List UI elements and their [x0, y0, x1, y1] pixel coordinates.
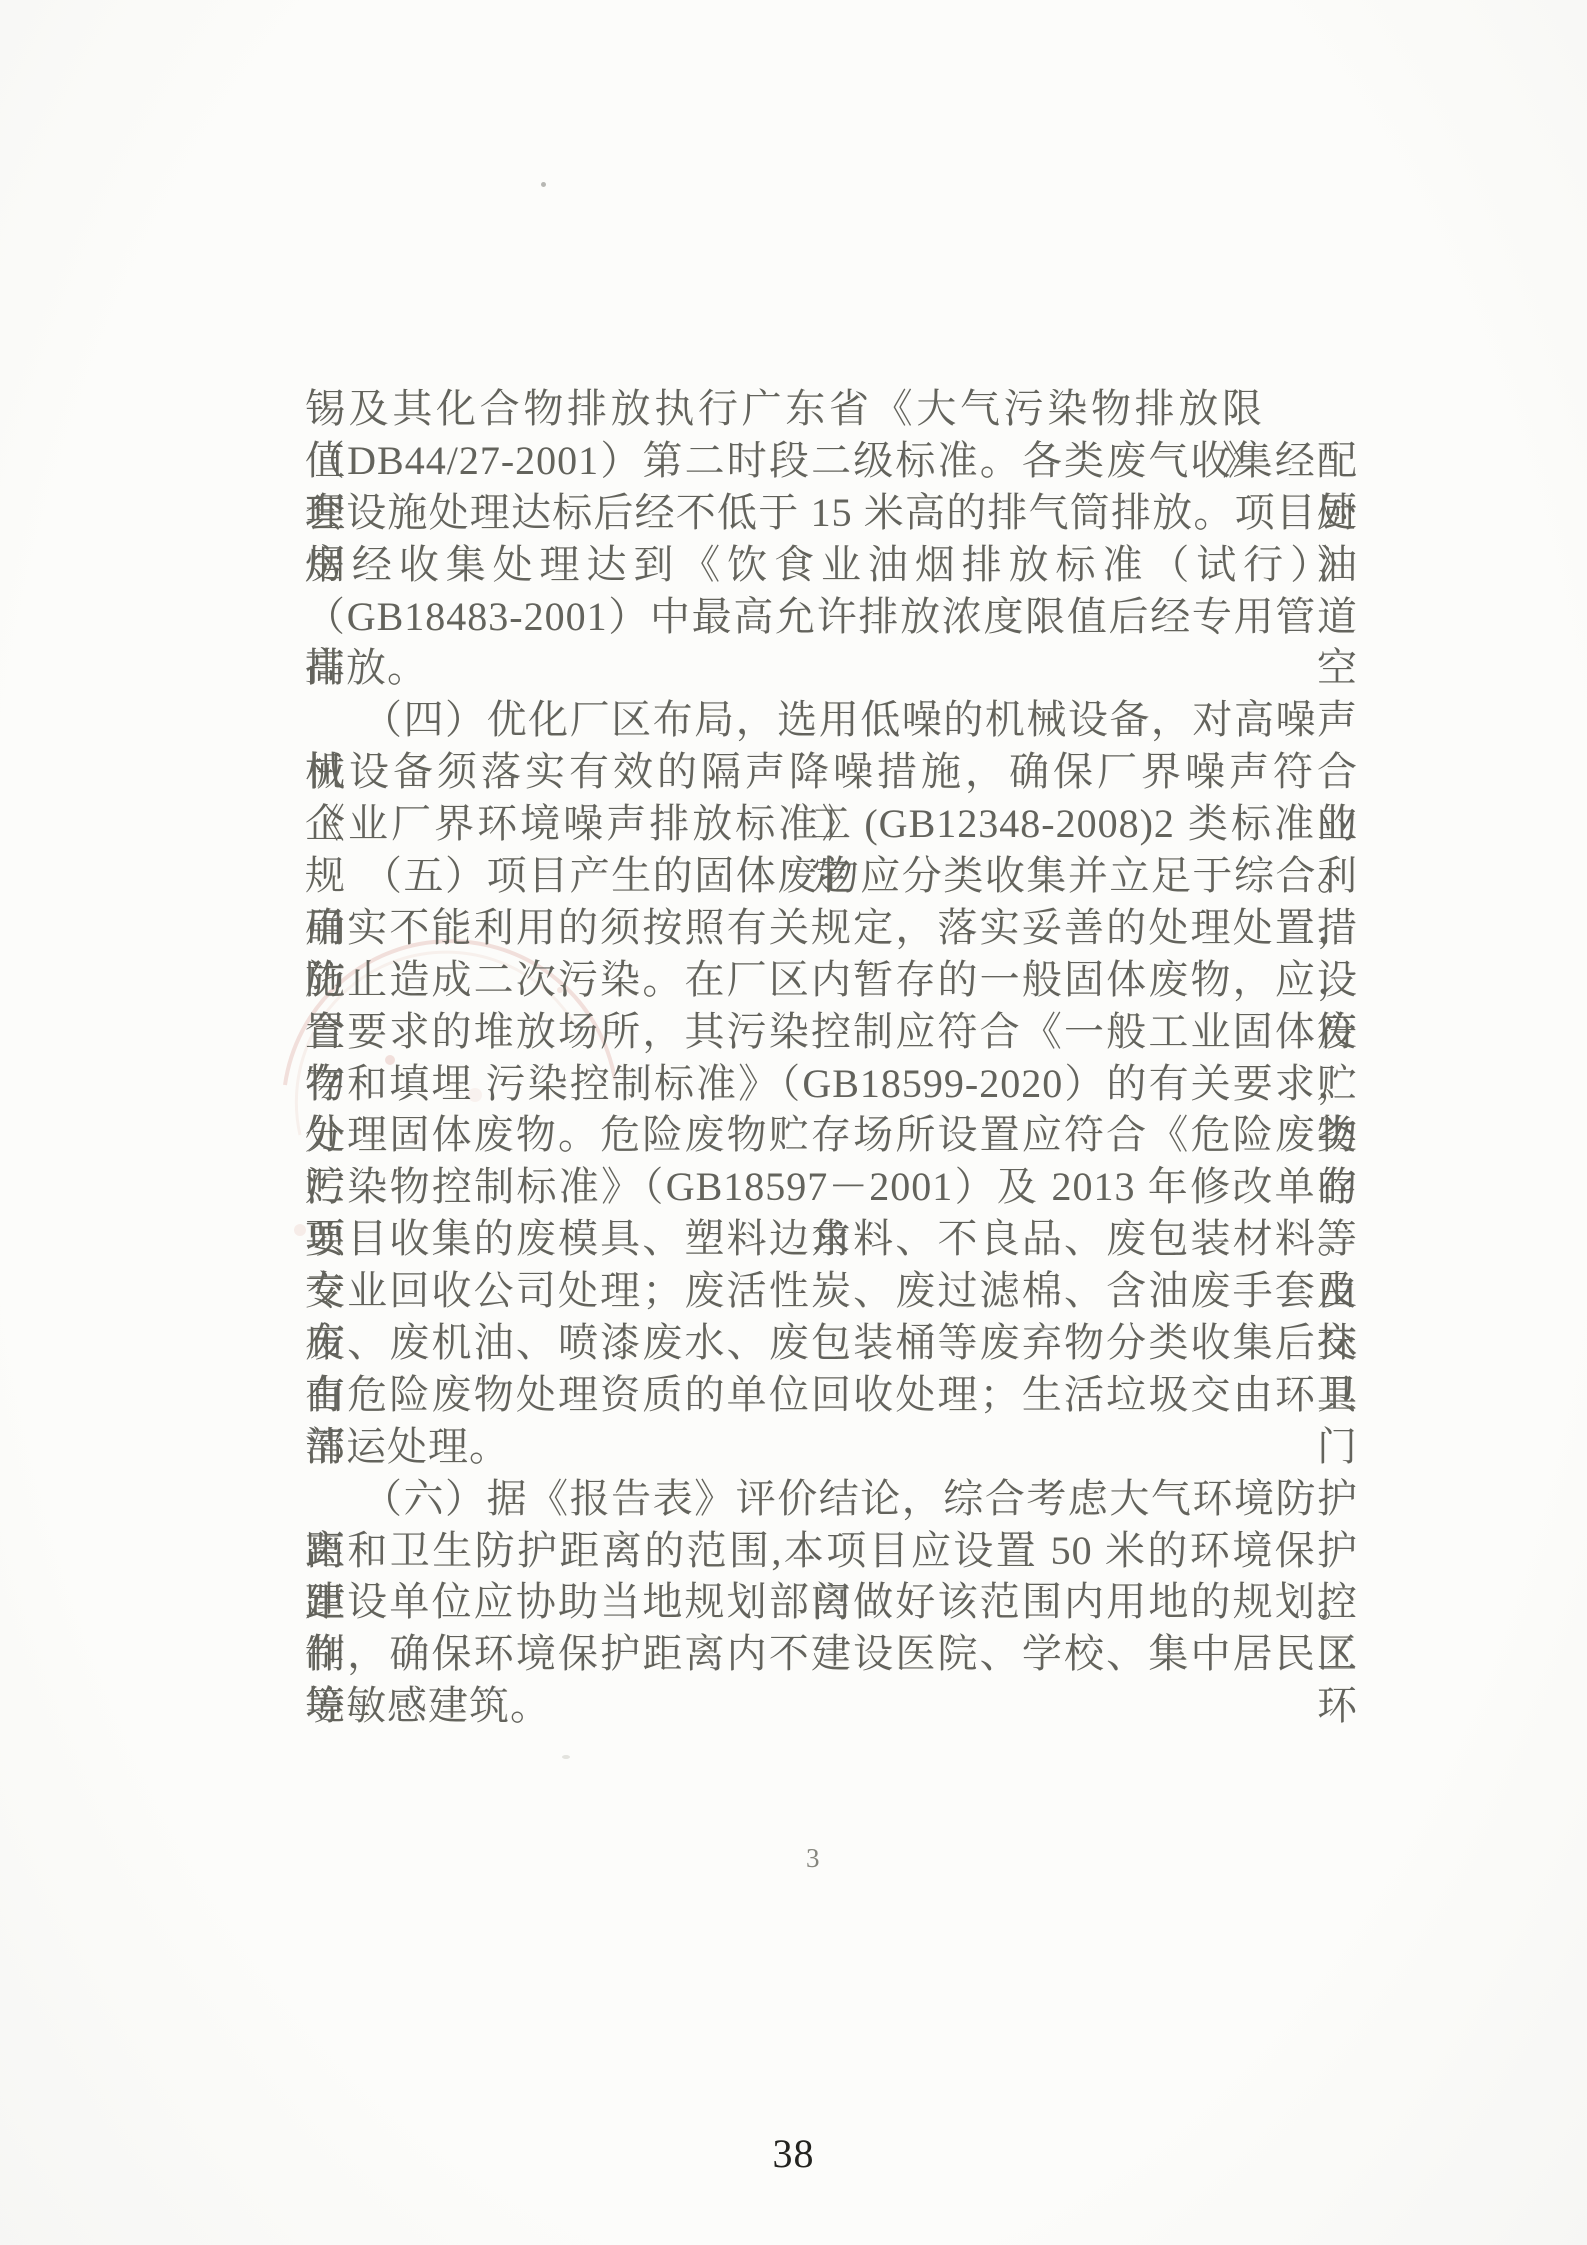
text-line: 理设施处理达标后经不低于 15 米高的排气筒排放。项目厨房油 — [305, 487, 1358, 539]
text-line: 离和卫生防护距离的范围,本项目应设置 50 米的环境保护距离。 — [305, 1525, 1358, 1577]
text-line: 存和填埋 污染控制标准》（GB18599-2020）的有关要求，分类 — [305, 1058, 1358, 1110]
text-line: 污染物控制标准》（GB18597－2001）及 2013 年修改单的要求。 — [305, 1161, 1358, 1213]
text-line: 布、废机油、喷漆废水、废包装桶等废弃物分类收集后交由具 — [305, 1317, 1358, 1369]
footer-page-number: 38 — [0, 2130, 1587, 2177]
text-line: 建设单位应协助当地规划部门做好该范围内用地的规划控制工 — [305, 1576, 1358, 1628]
scan-speck-top — [541, 182, 546, 187]
document-body: 锡及其化合物排放执行广东省《大气污染物排放限值》（DB44/27-2001）第二… — [305, 383, 1358, 1732]
text-line: 项目收集的废模具、塑料边角料、不良品、废包装材料等交由 — [305, 1213, 1358, 1265]
text-line: （六）据《报告表》评价结论，综合考虑大气环境防护距 — [305, 1473, 1358, 1525]
text-line: 处理固体废物。危险废物贮存场所设置应符合《危险废物贮存 — [305, 1109, 1358, 1161]
scanned-document-page: 锡及其化合物排放执行广东省《大气污染物排放限值》（DB44/27-2001）第二… — [0, 0, 1587, 2245]
text-line: 锡及其化合物排放执行广东省《大气污染物排放限值》 — [305, 383, 1358, 435]
inner-page-number: 3 — [806, 1843, 820, 1874]
text-line: （GB18483-2001）中最高允许排放浓度限值后经专用管道高空 — [305, 591, 1358, 643]
text-line: 防止造成二次污染。在厂区内暂存的一般固体废物，应设置符 — [305, 954, 1358, 1006]
text-line: 械设备须落实有效的隔声降噪措施，确保厂界噪声符合《工业 — [305, 746, 1358, 798]
text-line: （DB44/27-2001）第二时段二级标准。各类废气收集经配套处 — [305, 435, 1358, 487]
text-line: 烟经收集处理达到《饮食业油烟排放标准（试行）》 — [305, 539, 1358, 591]
text-line: 有危险废物处理资质的单位回收处理；生活垃圾交由环卫部门 — [305, 1369, 1358, 1421]
scan-speck-bottom — [562, 1755, 570, 1759]
text-line: （四）优化厂区布局，选用低噪的机械设备，对高噪声机 — [305, 694, 1358, 746]
text-line: 作，确保环境保护距离内不建设医院、学校、集中居民区等环 — [305, 1628, 1358, 1680]
text-line: 企业厂界环境噪声排放标准》(GB12348-2008)2 类标准的规定。 — [305, 798, 1358, 850]
text-line: 专业回收公司处理；废活性炭、废过滤棉、含油废手套及废抹 — [305, 1265, 1358, 1317]
text-line: 合要求的堆放场所，其污染控制应符合《一般工业固体废物贮 — [305, 1006, 1358, 1058]
text-line: （五）项目产生的固体废物应分类收集并立足于综合利用， — [305, 850, 1358, 902]
text-line: 确实不能利用的须按照有关规定，落实妥善的处理处置措施， — [305, 902, 1358, 954]
